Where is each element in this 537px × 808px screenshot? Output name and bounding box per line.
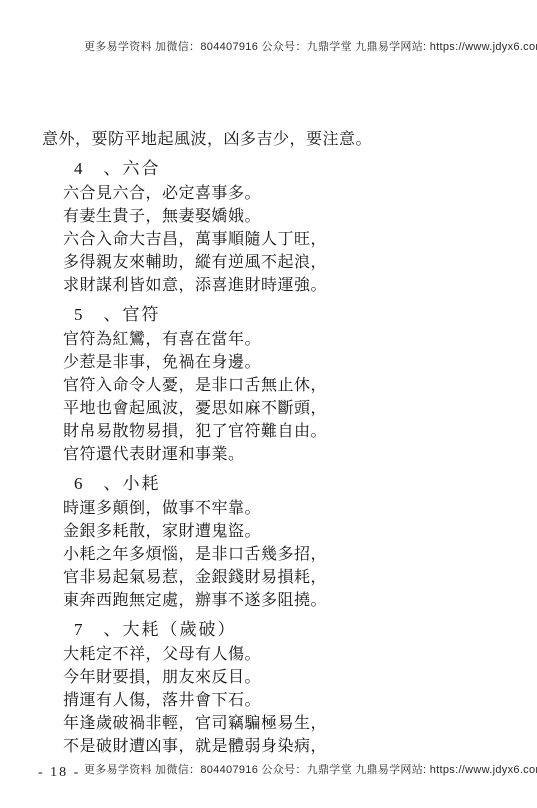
scanned-book-page: 更多易学资料 加微信：804407916 公众号：九鼎学堂 九鼎易学网站: ht… [0, 0, 537, 808]
verse-line: 官符還代表財運和事業。 [63, 443, 537, 466]
verse-line: 金銀多耗散，家財遭鬼盜。 [63, 520, 537, 543]
verse-line: 東奔西跑無定處，辦事不遂多阻撓。 [63, 589, 537, 612]
verse-line: 官非易起氣易惹，金銀錢財易損耗， [63, 566, 537, 589]
watermark-header-text: 更多易学资料 加微信：804407916 公众号：九鼎学堂 九鼎易学网站: ht… [84, 38, 537, 54]
verse-line: 少惹是非事，免禍在身邊。 [63, 351, 537, 374]
section-heading-4-liuhe: 4 、六合 [74, 157, 537, 180]
verse-line: 年逢歲破禍非輕，官司竊騙極易生， [63, 712, 537, 735]
verse-line: 小耗之年多煩惱，是非口舌幾多招， [63, 543, 537, 566]
paragraph-continuation: 意外，要防平地起風波，凶多吉少，要注意。 [42, 128, 537, 151]
section-heading-5-guanfu: 5 、官符 [74, 303, 537, 326]
verse-line: 平地也會起風波，憂思如麻不斷頭， [63, 397, 537, 420]
verse-line: 官符為紅鸞，有喜在當年。 [63, 328, 537, 351]
verse-line: 今年財要損，朋友來反目。 [63, 666, 537, 689]
page-number: - 18 - [38, 765, 80, 781]
verse-line: 時運多顛倒，做事不牢靠。 [63, 497, 537, 520]
verse-line: 六合入命大吉昌，萬事順隨人丁旺， [63, 228, 537, 251]
verse-line: 不是破財遭凶事，就是體弱身染病， [63, 735, 537, 758]
verse-line: 財帛易散物易損，犯了官符難自由。 [63, 420, 537, 443]
verse-line: 大耗定不祥，父母有人傷。 [63, 643, 537, 666]
watermark-footer-text: 更多易学资料 加微信：804407916 公众号：九鼎学堂 九鼎易学网站: ht… [84, 761, 537, 777]
verse-line: 有妻生貴子，無妻娶嬌娥。 [63, 205, 537, 228]
verse-line: 六合見六合，必定喜事多。 [63, 182, 537, 205]
verse-line: 多得親友來輔助，縱有逆風不起浪， [63, 251, 537, 274]
section-heading-7-dahao: 7 、大耗（歲破） [74, 618, 537, 641]
section-heading-6-xiaohao: 6 、小耗 [74, 472, 537, 495]
verse-line: 求財謀利皆如意，添喜進財時運強。 [63, 274, 537, 297]
verse-line: 揹運有人傷，落井會下石。 [63, 689, 537, 712]
verse-line: 官符入命令人憂，是非口舌無止休， [63, 374, 537, 397]
page-content: 意外，要防平地起風波，凶多吉少，要注意。 4 、六合 六合見六合，必定喜事多。 … [0, 128, 537, 758]
